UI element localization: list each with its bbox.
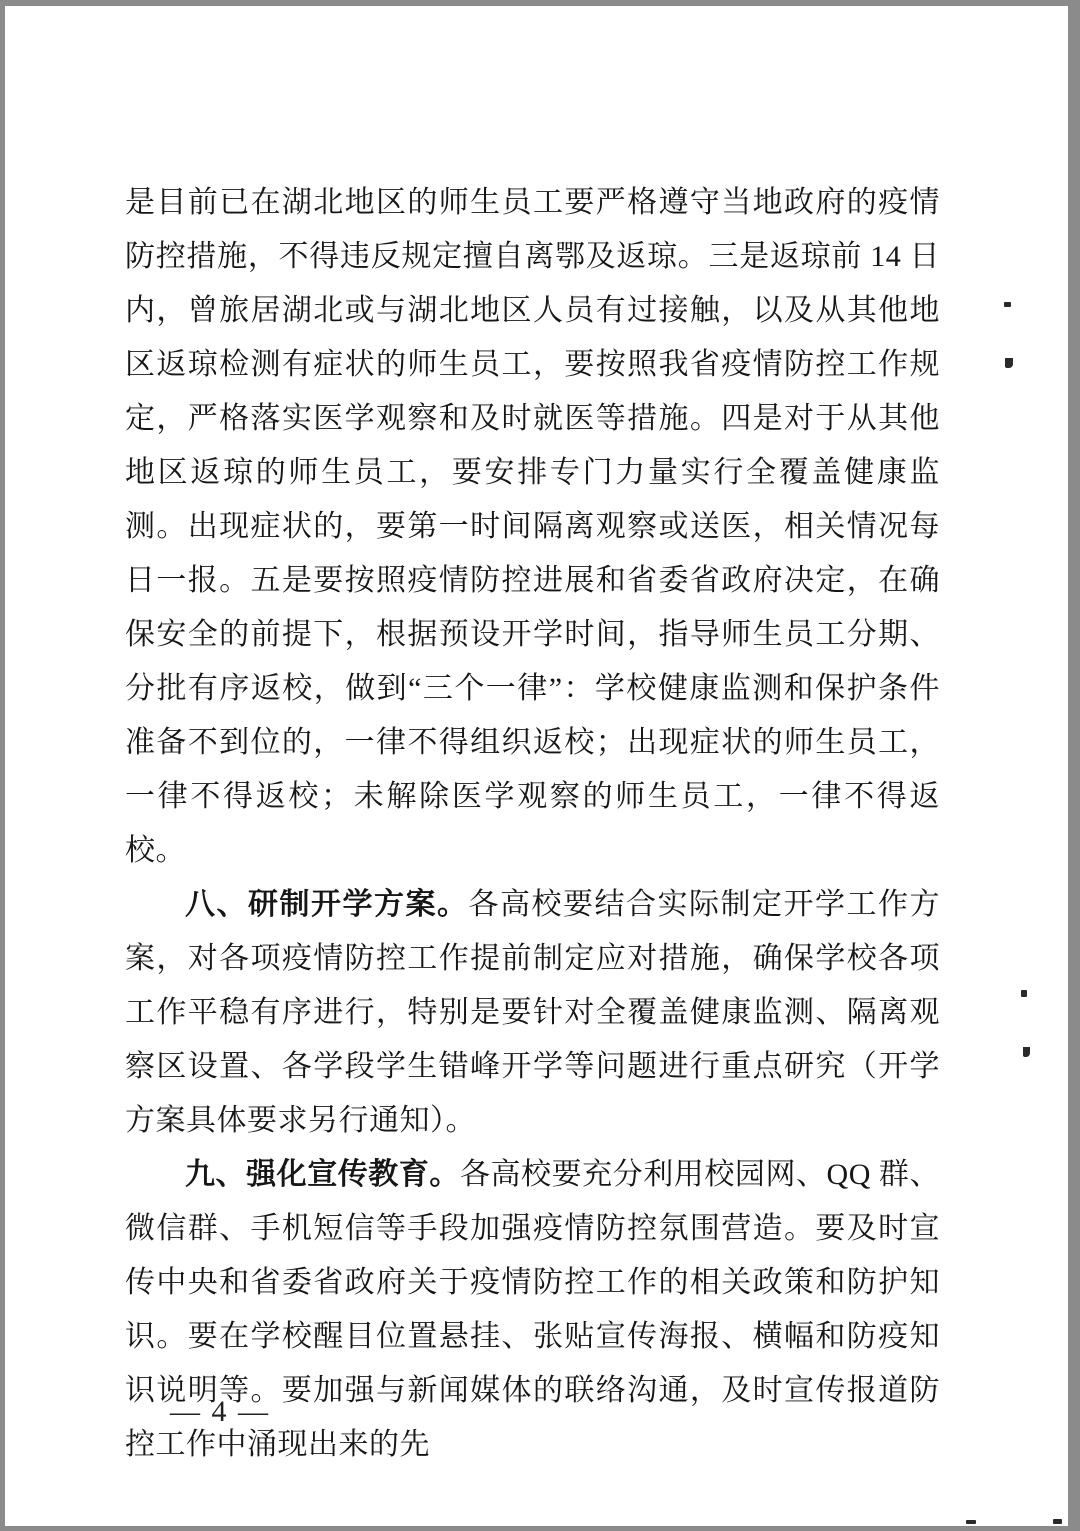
scan-speck	[1023, 1047, 1030, 1057]
scan-speck	[966, 1520, 976, 1524]
scan-speck	[1053, 1519, 1062, 1524]
paragraph-continued: 是目前已在湖北地区的师生员工要严格遵守当地政府的疫情防控措施，不得违反规定擅自离…	[125, 176, 940, 878]
section-heading-9: 九、强化宣传教育。	[185, 1158, 460, 1191]
paragraph-text: 是目前已在湖北地区的师生员工要严格遵守当地政府的疫情防控措施，不得违反规定擅自离…	[125, 186, 940, 867]
page-number: — 4 —	[170, 1392, 270, 1432]
paragraph-section-8: 八、研制开学方案。各高校要结合实际制定开学工作方案，对各项疫情防控工作提前制定应…	[125, 878, 940, 1148]
scan-speck	[1005, 358, 1013, 368]
document-body-text: 是目前已在湖北地区的师生员工要严格遵守当地政府的疫情防控措施，不得违反规定擅自离…	[125, 176, 940, 1472]
section-heading-8: 八、研制开学方案。	[185, 888, 469, 921]
paragraph-text: 各高校要结合实际制定开学工作方案，对各项疫情防控工作提前制定应对措施，确保学校各…	[125, 888, 940, 1137]
scan-speck	[1021, 990, 1027, 997]
scanned-document-page: 是目前已在湖北地区的师生员工要严格遵守当地政府的疫情防控措施，不得违反规定擅自离…	[5, 6, 1068, 1526]
scan-speck	[1004, 302, 1011, 307]
